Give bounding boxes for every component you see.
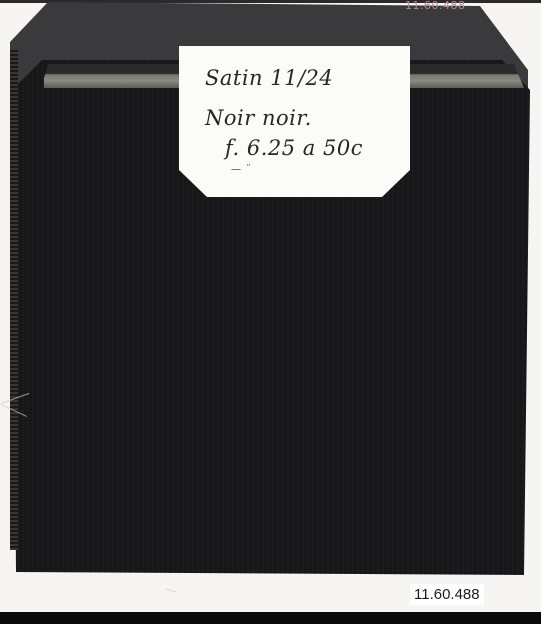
label-line-fabric: Satin 11/24 [205,66,333,90]
loose-thread [165,588,177,592]
photograph: Satin 11/24 Noir noir. f. 6.25 a 50c — ¨… [0,0,541,624]
label-line-color: Noir noir. [205,106,312,130]
accession-number-pencil: 11.60.488 [405,0,465,12]
handwritten-label: Satin 11/24 Noir noir. f. 6.25 a 50c — ¨ [179,46,410,197]
label-line-price: f. 6.25 a 50c [225,136,363,160]
bottom-border [0,612,541,624]
accession-number-label: 11.60.488 [410,584,484,605]
label-line-marks: — ¨ [231,164,251,175]
fringe-edge [10,50,18,550]
